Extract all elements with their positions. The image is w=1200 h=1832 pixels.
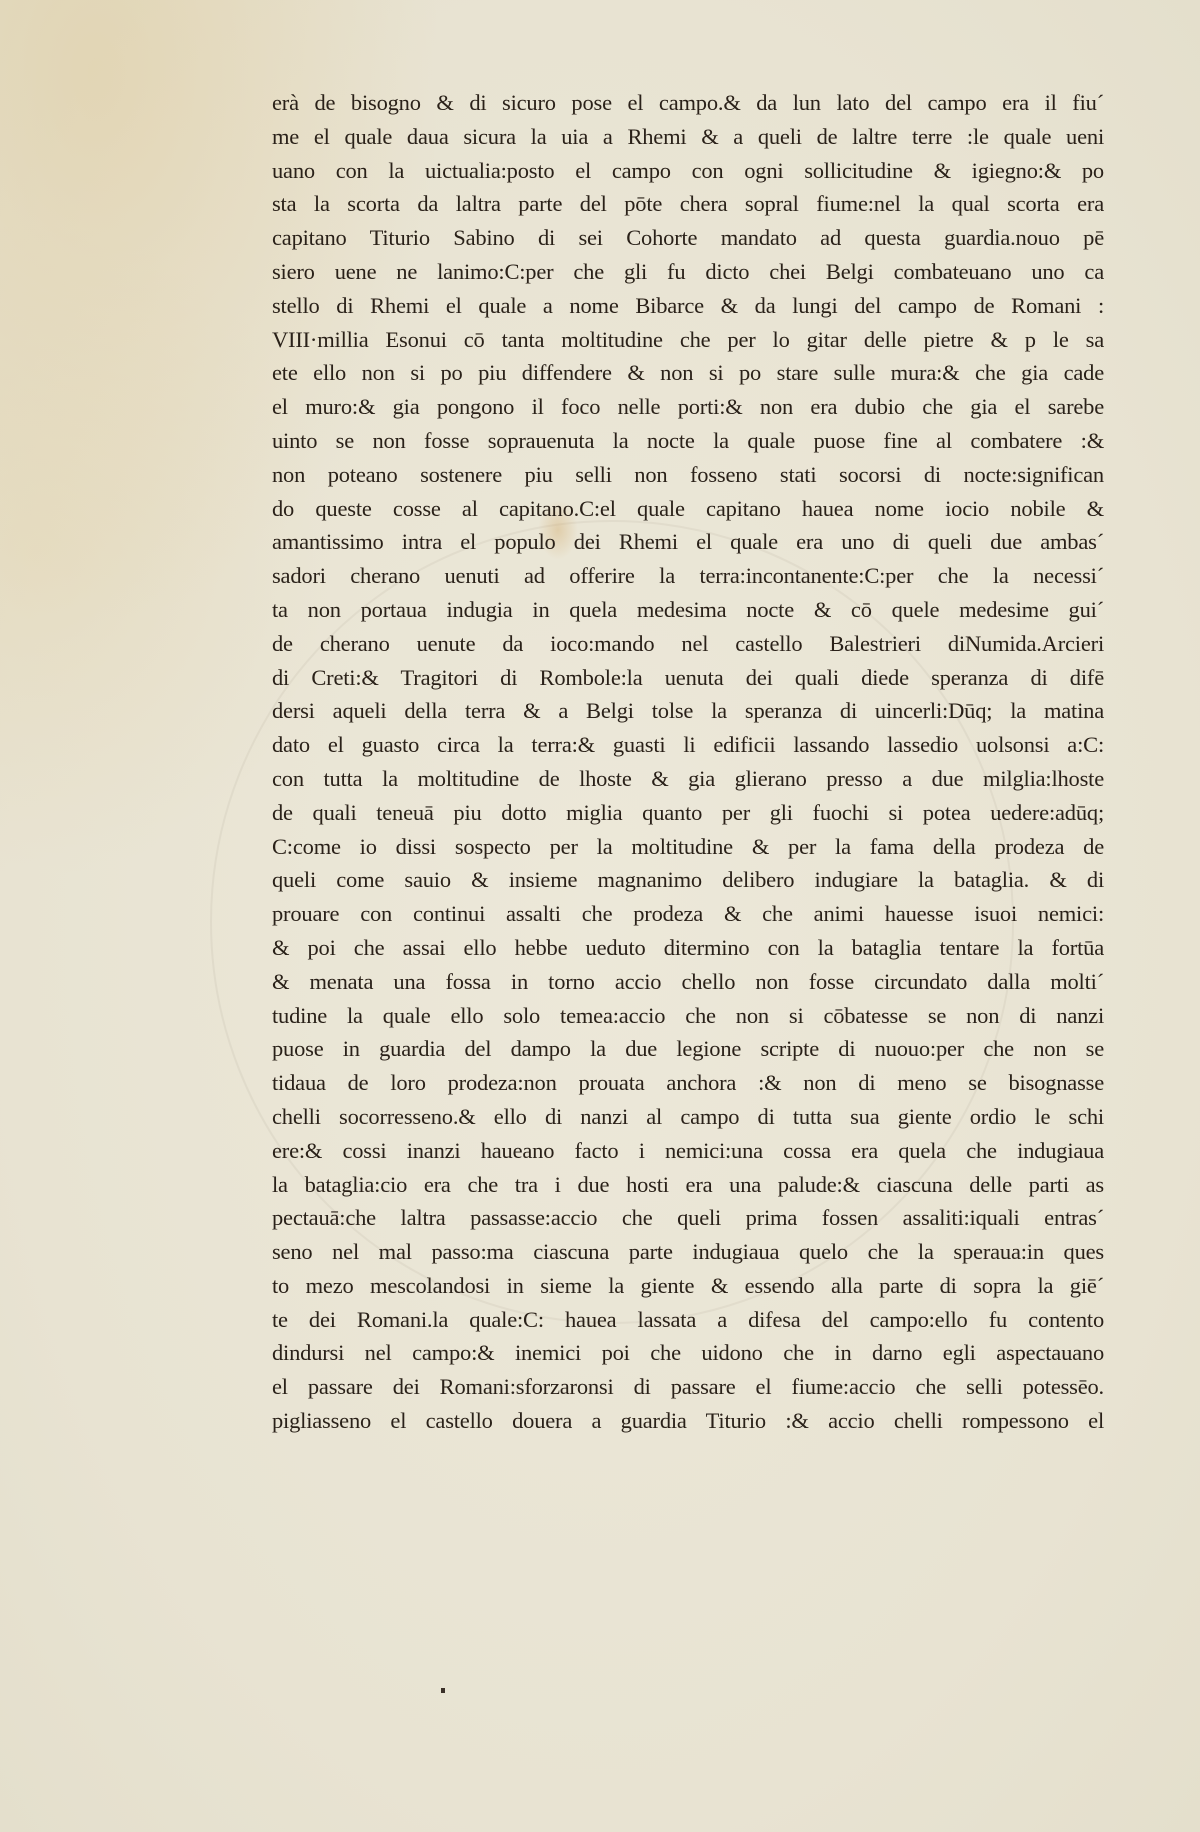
text-line: do queste cosse al capitano.C:el quale c… (272, 492, 1104, 526)
text-line: el passare dei Romani:sforzaronsi di pas… (272, 1370, 1104, 1404)
text-line: sadori cherano uenuti ad offerire la ter… (272, 559, 1104, 593)
text-line: me el quale daua sicura la uia a Rhemi &… (272, 120, 1104, 154)
text-line: chelli socorresseno.& ello di nanzi al c… (272, 1100, 1104, 1134)
text-line: queli come sauio & insieme magnanimo del… (272, 863, 1104, 897)
text-line: capitano Titurio Sabino di sei Cohorte m… (272, 221, 1104, 255)
text-line: te dei Romani.la quale:C: hauea lassata … (272, 1303, 1104, 1337)
text-line: & poi che assai ello hebbe ueduto diterm… (272, 931, 1104, 965)
text-block: erà de bisogno & di sicuro pose el campo… (272, 86, 1104, 1438)
text-line: to mezo mescolandosi in sieme la giente … (272, 1269, 1104, 1303)
text-line: el muro:& gia pongono il foco nelle port… (272, 390, 1104, 424)
text-line: erà de bisogno & di sicuro pose el campo… (272, 86, 1104, 120)
text-line: ta non portaua indugia in quela medesima… (272, 593, 1104, 627)
text-line: dindursi nel campo:& inemici poi che uid… (272, 1336, 1104, 1370)
text-line: VIII·millia Esonui cō tanta moltitudine … (272, 323, 1104, 357)
text-line: non poteano sostenere piu selli non foss… (272, 458, 1104, 492)
text-line: sta la scorta da laltra parte del pōte c… (272, 187, 1104, 221)
text-line: uinto se non fosse soprauenuta la nocte … (272, 424, 1104, 458)
text-line: ere:& cossi inanzi haueano facto i nemic… (272, 1134, 1104, 1168)
text-line: prouare con continui assalti che prodeza… (272, 897, 1104, 931)
scanned-page: erà de bisogno & di sicuro pose el campo… (0, 0, 1200, 1832)
text-line: siero uene ne lanimo:C:per che gli fu di… (272, 255, 1104, 289)
text-line: de quali teneuā piu dotto miglia quanto … (272, 796, 1104, 830)
text-line: dersi aqueli della terra & a Belgi tolse… (272, 694, 1104, 728)
text-line: dato el guasto circa la terra:& guasti l… (272, 728, 1104, 762)
text-line: stello di Rhemi el quale a nome Bibarce … (272, 289, 1104, 323)
text-line: & menata una fossa in torno accio chello… (272, 965, 1104, 999)
text-line: amantissimo intra el populo dei Rhemi el… (272, 525, 1104, 559)
text-line: de cherano uenute da ioco:mando nel cast… (272, 627, 1104, 661)
text-line: uano con la uictualia:posto el campo con… (272, 154, 1104, 188)
text-line: tidaua de loro prodeza:non prouata ancho… (272, 1066, 1104, 1100)
text-line: seno nel mal passo:ma ciascuna parte ind… (272, 1235, 1104, 1269)
text-line: di Creti:& Tragitori di Rombole:la uenut… (272, 661, 1104, 695)
text-line: con tutta la moltitudine de lhoste & gia… (272, 762, 1104, 796)
text-line: C:come io dissi sospecto per la moltitud… (272, 830, 1104, 864)
text-line: tudine la quale ello solo temea:accio ch… (272, 999, 1104, 1033)
text-line: la bataglia:cio era che tra i due hosti … (272, 1168, 1104, 1202)
text-line: ete ello non si po piu diffendere & non … (272, 356, 1104, 390)
ink-speck (441, 1688, 445, 1693)
text-line: pectauā:che laltra passasse:accio che qu… (272, 1201, 1104, 1235)
text-line: pigliasseno el castello douera a guardia… (272, 1404, 1104, 1438)
text-line: puose in guardia del dampo la due legion… (272, 1032, 1104, 1066)
